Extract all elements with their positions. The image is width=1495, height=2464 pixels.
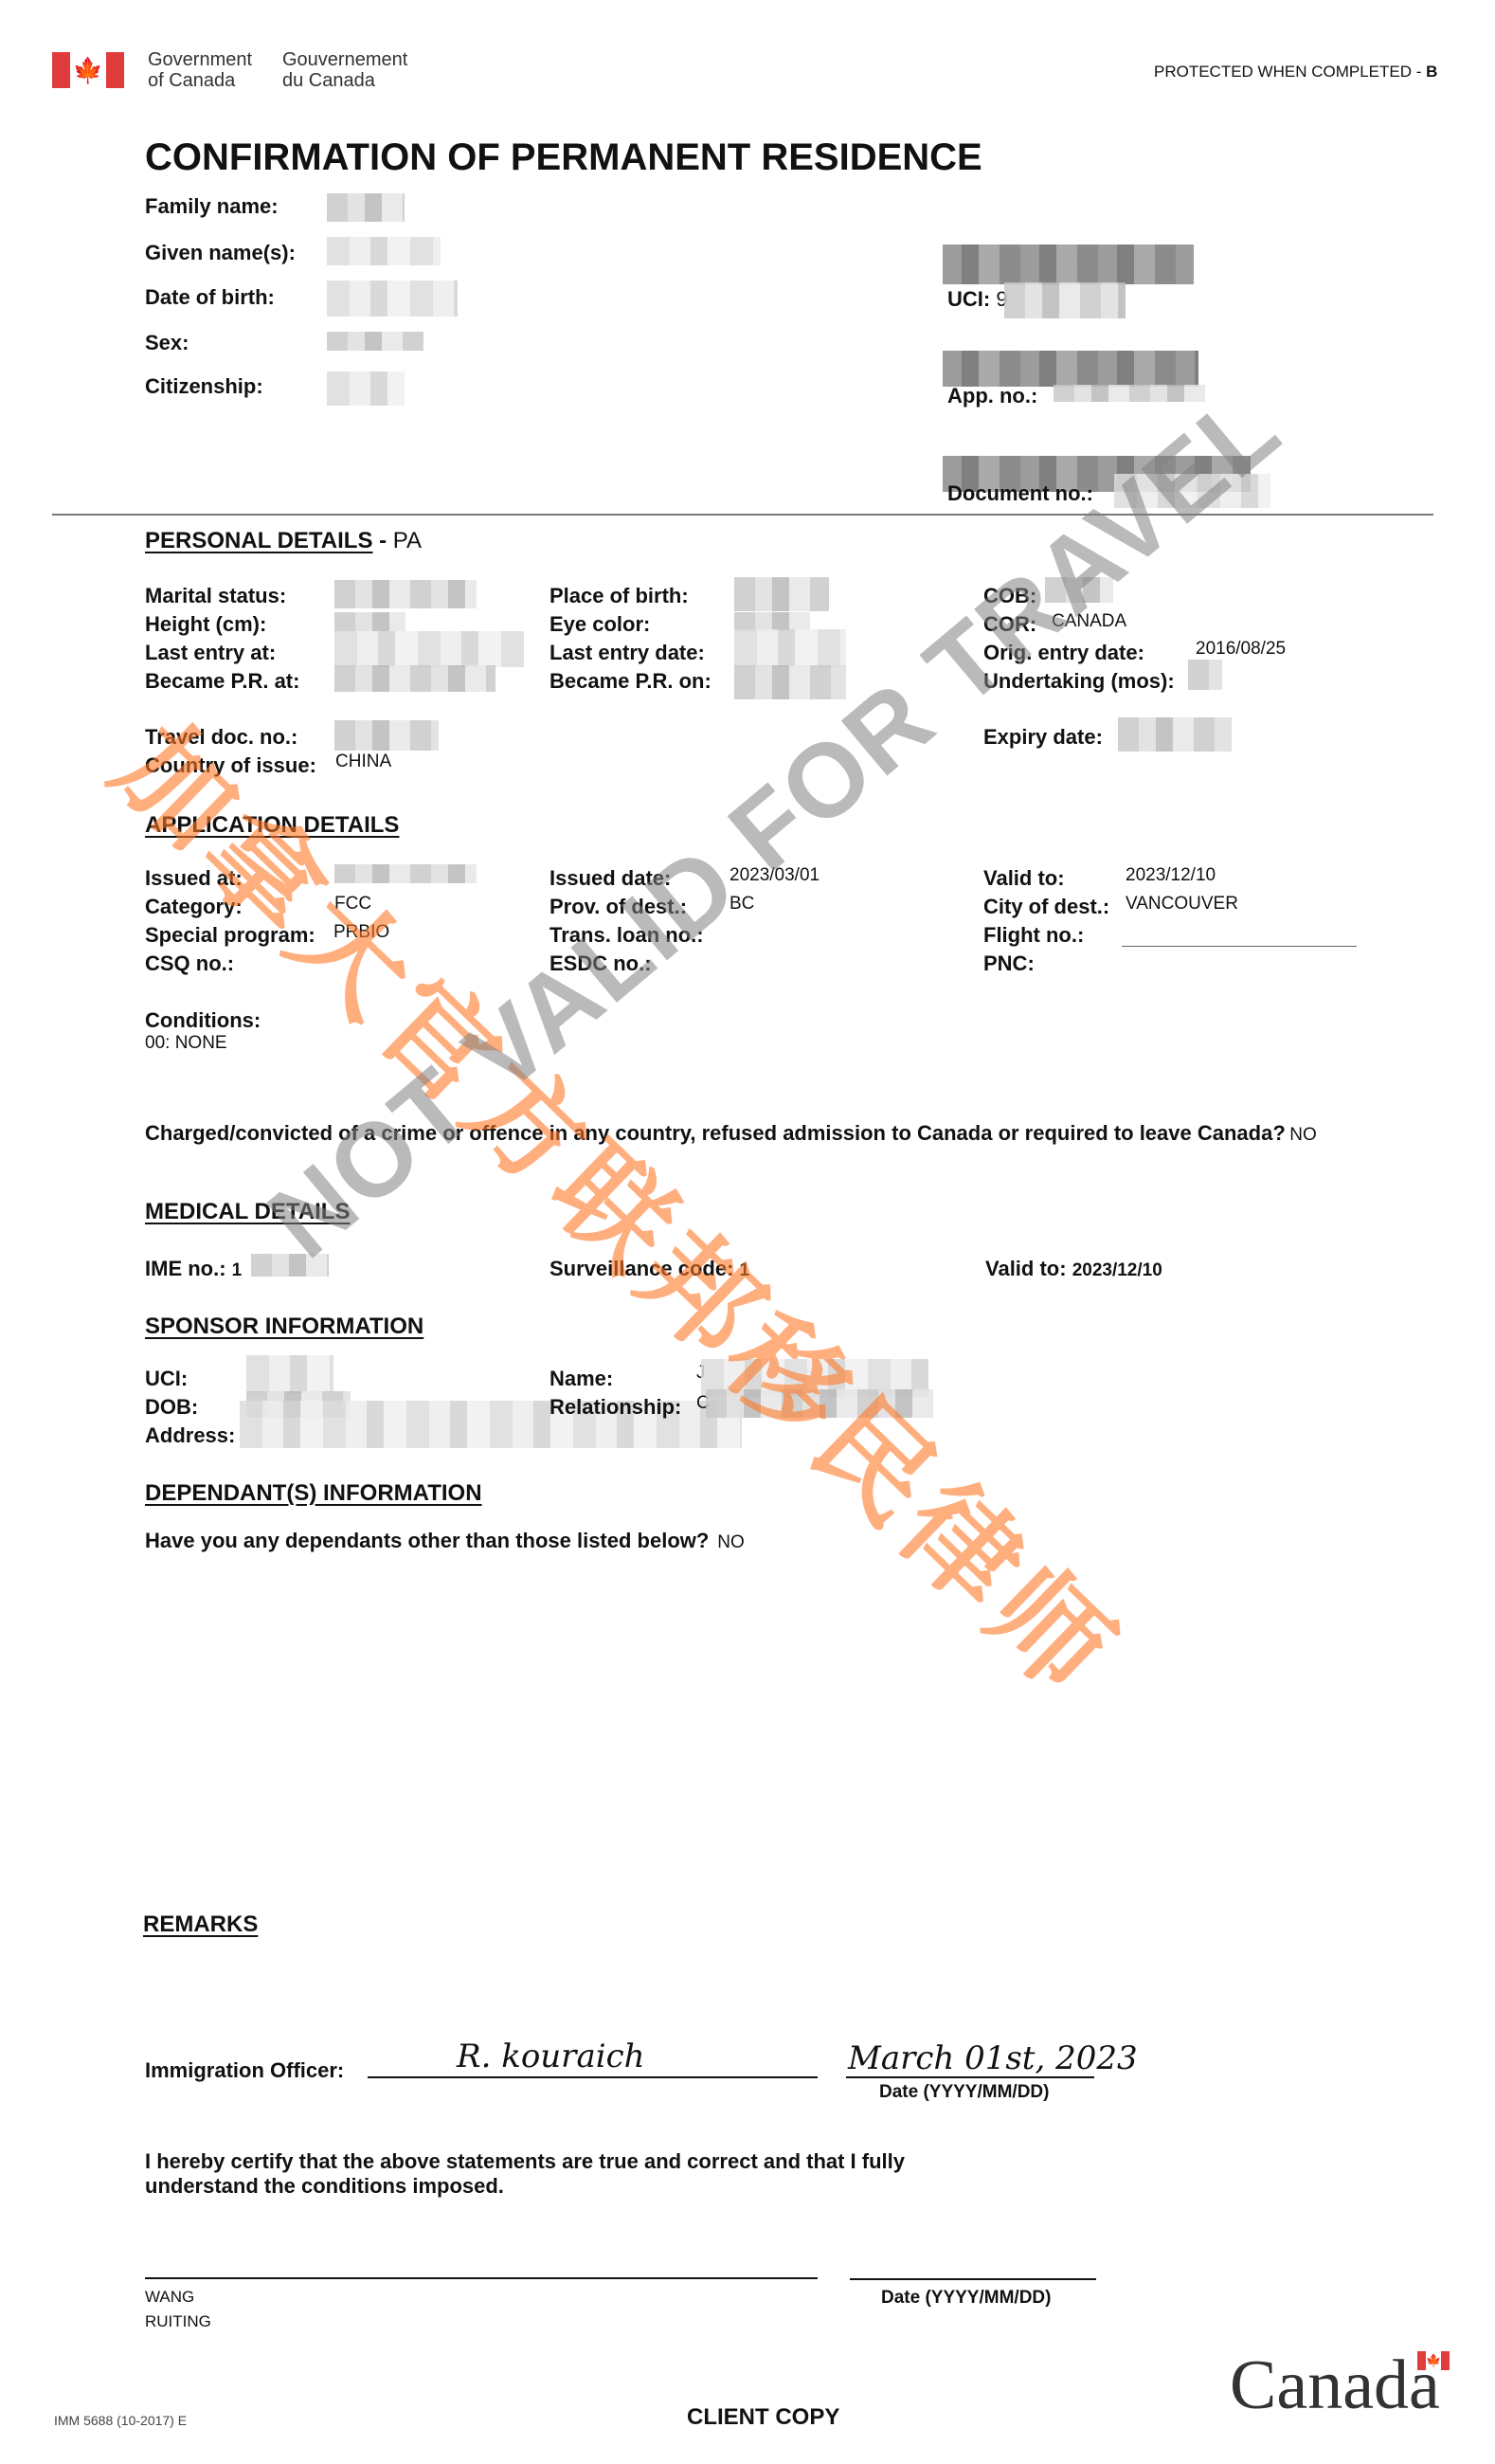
became-pr-at-value-redacted <box>334 665 495 692</box>
canada-flag-icon: 🍁 <box>52 52 124 88</box>
became-pr-at-label: Became P.R. at: <box>145 669 299 694</box>
gov-en-wordmark: Government of Canada <box>148 49 252 91</box>
dob-label: Date of birth: <box>145 285 275 310</box>
sponsor-dob-label: DOB: <box>145 1395 198 1420</box>
csq-no-label: CSQ no.: <box>145 951 234 976</box>
city-dest-value: VANCOUVER <box>1126 894 1238 915</box>
height-value-redacted <box>334 612 405 631</box>
client-date-format-label: Date (YYYY/MM/DD) <box>881 2288 1051 2309</box>
dependants-question-row: Have you any dependants other than those… <box>145 1529 745 1553</box>
uci-barcode-redacted <box>943 245 1194 284</box>
uci-label: UCI: 9 <box>947 287 1008 312</box>
sex-value-redacted <box>327 332 423 351</box>
flight-no-label: Flight no.: <box>983 923 1084 948</box>
certify-line-1: I hereby certify that the above statemen… <box>145 2149 905 2174</box>
client-surname: WANG <box>145 2288 194 2307</box>
flight-no-blank-line <box>1122 946 1357 947</box>
officer-date-signature: March 01st, 2023 <box>848 2039 1138 2077</box>
form-code: IMM 5688 (10-2017) E <box>54 2413 187 2428</box>
city-dest-label: City of dest.: <box>983 895 1109 919</box>
officer-signature: R. kouraich <box>457 2038 645 2075</box>
officer-signature-line <box>368 2076 818 2078</box>
immigration-officer-label: Immigration Officer: <box>145 2058 344 2083</box>
app-no-label: App. no.: <box>947 384 1037 408</box>
sponsor-uci-value-redacted <box>246 1355 333 1393</box>
family-name-value-redacted <box>327 193 405 222</box>
last-entry-date-label: Last entry date: <box>549 641 705 665</box>
sponsor-name-label: Name: <box>549 1367 613 1391</box>
conditions-value: 00: NONE <box>145 1033 227 1054</box>
eye-color-value-redacted <box>734 612 810 631</box>
valid-to-value: 2023/12/10 <box>1126 865 1216 886</box>
expiry-date-value-redacted <box>1118 717 1232 752</box>
pnc-label: PNC: <box>983 951 1035 976</box>
dob-value-redacted <box>327 281 458 317</box>
became-pr-on-label: Became P.R. on: <box>549 669 711 694</box>
app-no-barcode-redacted <box>943 351 1198 387</box>
citizenship-value-redacted <box>327 371 405 406</box>
client-given-name: RUITING <box>145 2312 211 2331</box>
given-names-label: Given name(s): <box>145 241 296 265</box>
remarks-heading: REMARKS <box>143 1911 258 1938</box>
certify-line-2: understand the conditions imposed. <box>145 2174 504 2199</box>
became-pr-on-value-redacted <box>734 665 846 699</box>
gov-fr-wordmark: Gouvernement du Canada <box>282 49 407 91</box>
officer-date-line <box>846 2076 1094 2078</box>
country-of-issue-value: CHINA <box>335 752 391 772</box>
dependants-heading: DEPENDANT(S) INFORMATION <box>145 1480 482 1507</box>
personal-details-heading: PERSONAL DETAILS - PA <box>145 528 422 554</box>
undertaking-value-redacted <box>1188 660 1222 690</box>
canada-wordmark-flag-icon: 🍁 <box>1417 2351 1450 2370</box>
uci-value-redacted <box>1004 282 1126 318</box>
place-of-birth-value-redacted <box>734 577 829 611</box>
sponsor-address-label: Address: <box>145 1423 235 1448</box>
conditions-label: Conditions: <box>145 1008 261 1033</box>
last-entry-date-value-redacted <box>734 629 846 667</box>
marital-status-label: Marital status: <box>145 584 286 608</box>
sex-label: Sex: <box>145 331 189 355</box>
app-no-value-redacted <box>1054 385 1205 402</box>
client-date-line[interactable] <box>850 2278 1096 2280</box>
protected-marking: PROTECTED WHEN COMPLETED - B <box>1154 63 1437 82</box>
sponsor-uci-label: UCI: <box>145 1367 188 1391</box>
family-name-label: Family name: <box>145 194 279 219</box>
orig-entry-date-value: 2016/08/25 <box>1196 639 1286 660</box>
client-copy-label: CLIENT COPY <box>687 2404 839 2431</box>
medical-valid-to-label: Valid to: 2023/12/10 <box>985 1257 1162 1281</box>
eye-color-label: Eye color: <box>549 612 650 637</box>
height-label: Height (cm): <box>145 612 266 637</box>
citizenship-label: Citizenship: <box>145 374 263 399</box>
client-signature-line[interactable] <box>145 2277 818 2279</box>
last-entry-at-value-redacted <box>334 631 524 667</box>
travel-doc-value-redacted <box>334 720 439 751</box>
given-names-value-redacted <box>327 237 441 265</box>
place-of-birth-label: Place of birth: <box>549 584 689 608</box>
sponsor-relationship-label: Relationship: <box>549 1395 681 1420</box>
marital-status-value-redacted <box>334 580 477 608</box>
last-entry-at-label: Last entry at: <box>145 641 276 665</box>
expiry-date-label: Expiry date: <box>983 725 1103 750</box>
officer-date-format-label: Date (YYYY/MM/DD) <box>879 2082 1049 2103</box>
canada-wordmark: Canada <box>1230 2346 1440 2426</box>
sponsor-info-heading: SPONSOR INFORMATION <box>145 1314 423 1340</box>
ime-no-label: IME no.: 1 <box>145 1257 242 1281</box>
valid-to-label: Valid to: <box>983 866 1065 891</box>
page-title: CONFIRMATION OF PERMANENT RESIDENCE <box>145 136 982 179</box>
